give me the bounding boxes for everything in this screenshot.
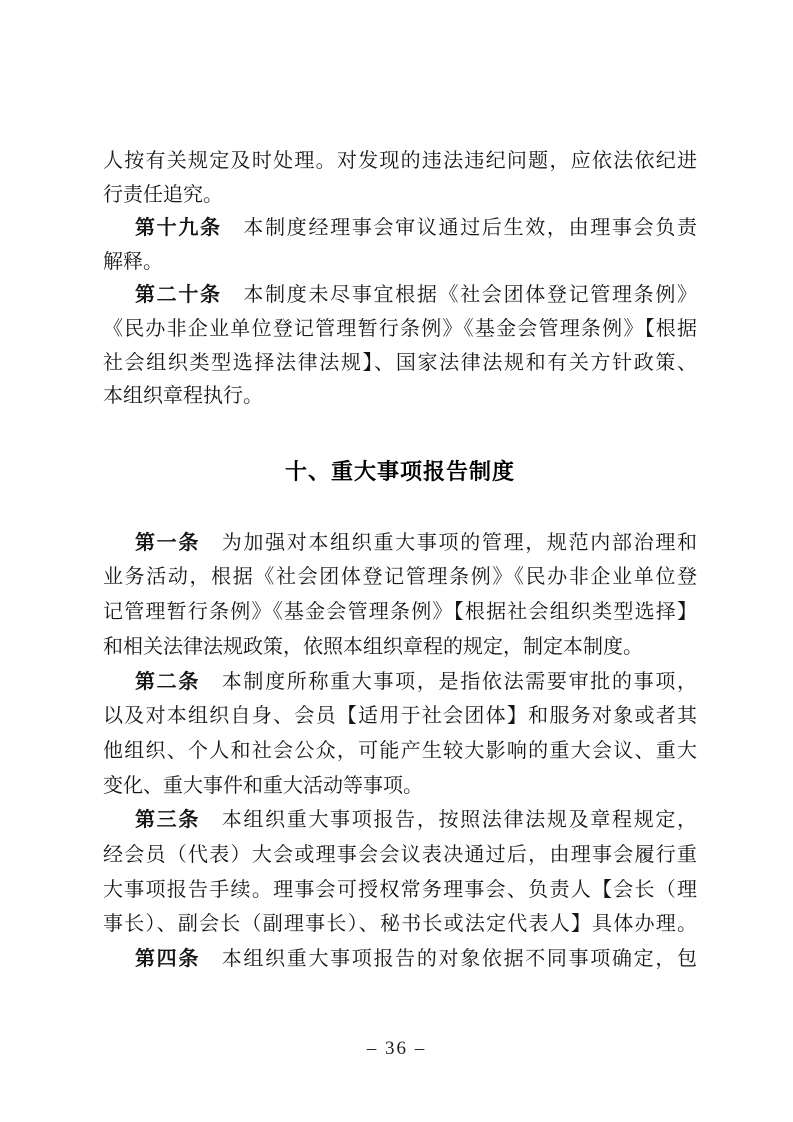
- text-line: 人按有关规定及时处理。对发现的违法违纪问题，应依法依纪进: [103, 145, 697, 179]
- article-number: 第四条: [135, 948, 200, 970]
- page-number: – 36 –: [0, 1038, 793, 1060]
- text-line: 第二条 本制度所称重大事项，是指依法需要审批的事项，: [103, 665, 697, 700]
- text-line: 以及对本组织自身、会员【适用于社会团体】和服务对象或者其: [103, 699, 697, 734]
- article-number: 第十九条: [135, 217, 222, 239]
- text-line: 解释。: [103, 246, 697, 280]
- document-page: 人按有关规定及时处理。对发现的违法违纪问题，应依法依纪进行责任追究。第十九条 本…: [0, 0, 793, 1122]
- article-number: 第二十条: [135, 284, 222, 306]
- text-line: 变化、重大事件和重大活动等事项。: [103, 769, 697, 804]
- text-line: 事长）、副会长（副理事长）、秘书长或法定代表人】具体办理。: [103, 907, 697, 942]
- text-line: 业务活动，根据《社会团体登记管理条例》《民办非企业单位登: [103, 560, 697, 595]
- text-column: 人按有关规定及时处理。对发现的违法违纪问题，应依法依纪进行责任追究。第十九条 本…: [103, 145, 697, 977]
- text-line: 和相关法律法规政策，依照本组织章程的规定，制定本制度。: [103, 630, 697, 665]
- section-chapter-ten: 第一条 为加强对本组织重大事项的管理，规范内部治理和业务活动，根据《社会团体登记…: [103, 526, 697, 977]
- text-line: 行责任追究。: [103, 179, 697, 213]
- text-line: 社会组织类型选择法律法规】、国家法律法规和有关方针政策、: [103, 347, 697, 381]
- text-line: 第三条 本组织重大事项报告，按照法律法规及章程规定，: [103, 803, 697, 838]
- text-line: 第四条 本组织重大事项报告的对象依据不同事项确定，包: [103, 942, 697, 977]
- text-line: 《民办非企业单位登记管理暂行条例》《基金会管理条例》【根据: [103, 313, 697, 347]
- text-line: 经会员（代表）大会或理事会会议表决通过后，由理事会履行重: [103, 838, 697, 873]
- text-line: 第二十条 本制度未尽事宜根据《社会团体登记管理条例》: [103, 279, 697, 313]
- section-previous-chapter: 人按有关规定及时处理。对发现的违法违纪问题，应依法依纪进行责任追究。第十九条 本…: [103, 145, 697, 414]
- text-line: 记管理暂行条例》《基金会管理条例》【根据社会组织类型选择】: [103, 595, 697, 630]
- text-line: 本组织章程执行。: [103, 380, 697, 414]
- text-line: 他组织、个人和社会公众，可能产生较大影响的重大会议、重大: [103, 734, 697, 769]
- article-number: 第二条: [135, 671, 200, 693]
- text-line: 第十九条 本制度经理事会审议通过后生效，由理事会负责: [103, 212, 697, 246]
- chapter-heading: 十、重大事项报告制度: [103, 454, 697, 490]
- article-number: 第三条: [135, 809, 200, 831]
- text-line: 第一条 为加强对本组织重大事项的管理，规范内部治理和: [103, 526, 697, 561]
- article-number: 第一条: [135, 532, 200, 554]
- text-line: 大事项报告手续。理事会可授权常务理事会、负责人【会长（理: [103, 873, 697, 908]
